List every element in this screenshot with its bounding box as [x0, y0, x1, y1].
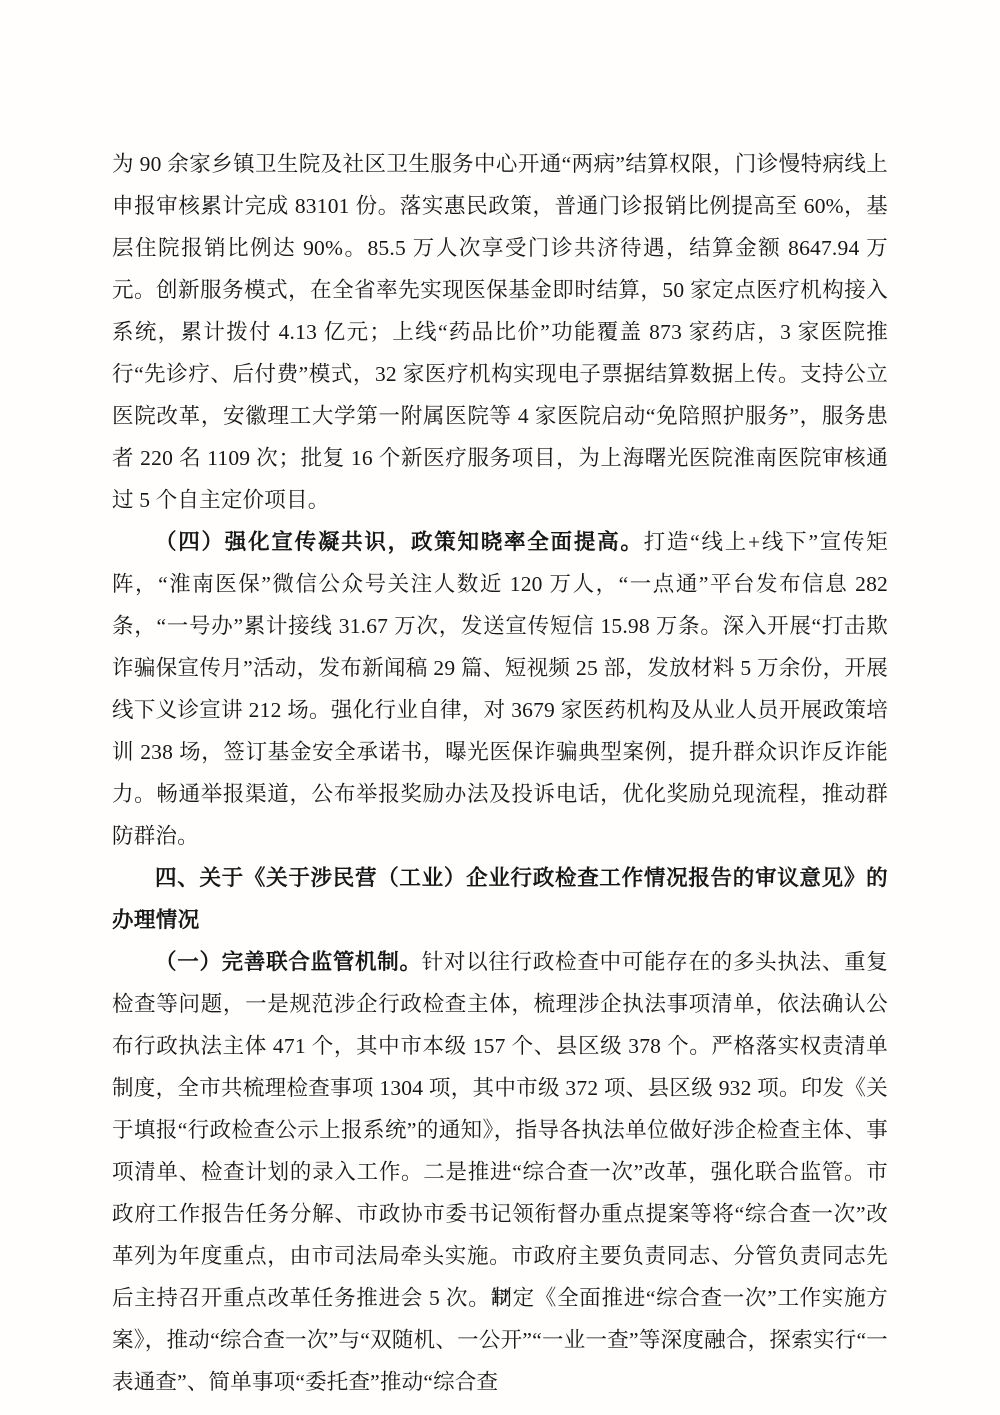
document-body: 为 90 余家乡镇卫生院及社区卫生服务中心开通“两病”结算权限，门诊慢特病线上申… [112, 143, 888, 1403]
paragraph-text: 针对以往行政检查中可能存在的多头执法、重复检查等问题，一是规范涉企行政检查主体，… [112, 950, 888, 1394]
body-paragraph-section-1: （一）完善联合监管机制。针对以往行政检查中可能存在的多头执法、重复检查等问题，一… [112, 941, 888, 1403]
paragraph-text: 打造“线上+线下”宣传矩阵，“淮南医保”微信公众号关注人数近 120 万人，“一… [112, 530, 888, 848]
body-paragraph-continuation: 为 90 余家乡镇卫生院及社区卫生服务中心开通“两病”结算权限，门诊慢特病线上申… [112, 143, 888, 521]
document-page: 为 90 余家乡镇卫生院及社区卫生服务中心开通“两病”结算权限，门诊慢特病线上申… [0, 0, 1000, 1415]
body-paragraph-section-4: （四）强化宣传凝共识，政策知晓率全面提高。打造“线上+线下”宣传矩阵，“淮南医保… [112, 521, 888, 857]
paragraph-lead-bold: （四）强化宣传凝共识，政策知晓率全面提高。 [155, 530, 644, 554]
page-number: 17 [0, 1285, 1000, 1311]
paragraph-lead-bold: （一）完善联合监管机制。 [155, 950, 422, 974]
section-heading: 四、关于《关于涉民营（工业）企业行政检查工作情况报告的审议意见》的办理情况 [112, 857, 888, 941]
